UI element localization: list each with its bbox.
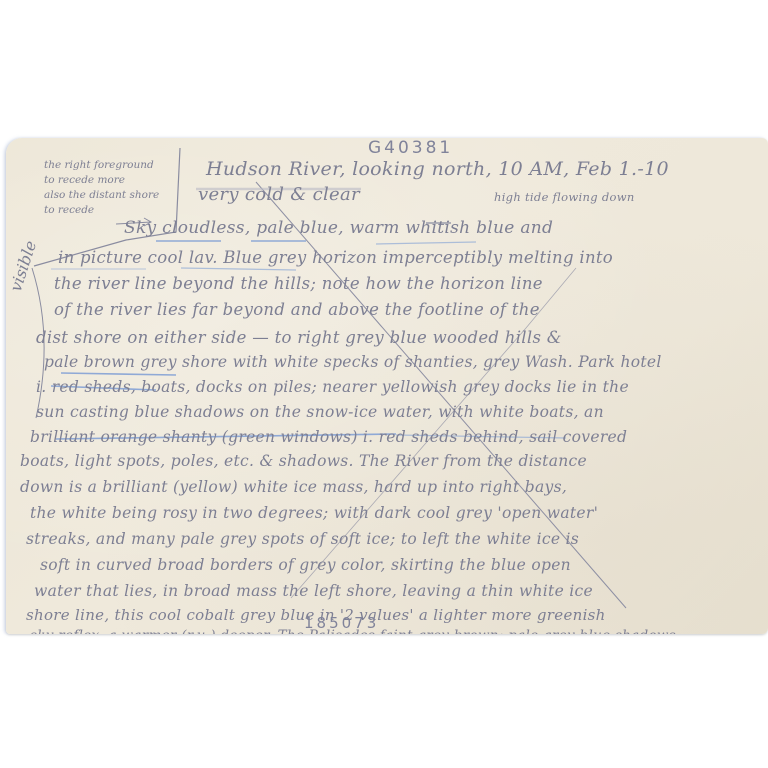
scan-stage: G40381 the right foreground to recede mo… [0, 0, 768, 768]
margin-note-line: also the distant shore [44, 188, 184, 203]
catalog-number-top: G40381 [368, 138, 453, 158]
margin-note-line: to recede [44, 203, 184, 218]
note-line-title: Hudson River, looking north, 10 AM, Feb … [206, 158, 669, 180]
side-margin-word: visible [6, 238, 40, 294]
note-line: Sky cloudless, pale blue, warm whitish b… [124, 218, 553, 238]
note-line: in picture cool lav. Blue grey horizon i… [58, 248, 613, 267]
note-line: i. red sheds, boats, docks on piles; nea… [36, 378, 629, 396]
note-line: very cold & clear [198, 184, 360, 205]
note-line: boats, light spots, poles, etc. & shadow… [20, 452, 587, 470]
note-line: the white being rosy in two degrees; wit… [30, 504, 598, 522]
note-line-aside: high tide flowing down [494, 190, 635, 204]
note-line: dist shore on either side — to right gre… [36, 328, 562, 347]
note-line: the river line beyond the hills; note ho… [54, 274, 543, 293]
note-card: G40381 the right foreground to recede mo… [6, 138, 768, 634]
note-line: pale brown grey shore with white specks … [44, 353, 662, 371]
margin-note: the right foreground to recede more also… [44, 158, 184, 218]
note-line: streaks, and many pale grey spots of sof… [26, 530, 579, 548]
note-line: sun casting blue shadows on the snow-ice… [36, 403, 604, 421]
note-line: of the river lies far beyond and above t… [54, 300, 540, 319]
note-line: water that lies, in broad mass the left … [34, 582, 593, 600]
note-line: brilliant orange shanty (green windows) … [30, 428, 627, 446]
catalog-number-bottom: 185073 [304, 614, 379, 632]
margin-note-line: the right foreground [44, 158, 184, 173]
note-line: down is a brilliant (yellow) white ice m… [20, 478, 567, 496]
margin-note-line: to recede more [44, 173, 184, 188]
note-line: soft in curved broad borders of grey col… [40, 556, 571, 574]
